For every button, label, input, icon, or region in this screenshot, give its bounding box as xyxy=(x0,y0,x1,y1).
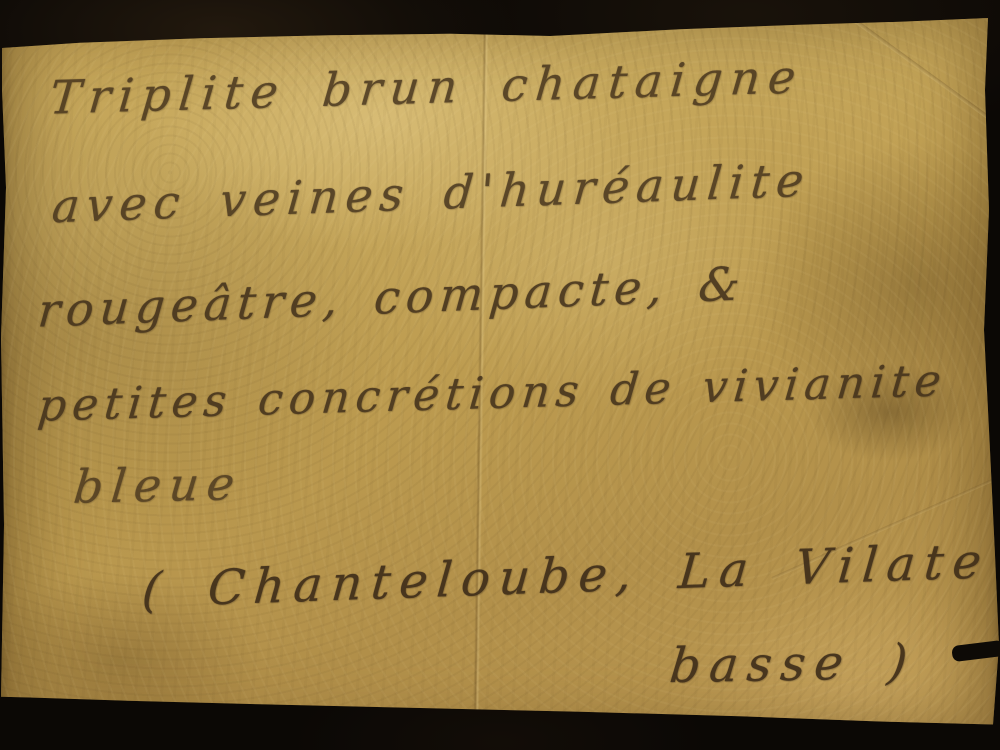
handwritten-line-6: ( Chanteloube, La Vilate xyxy=(140,533,993,619)
photo-background: Triplite brun chataigne avec veines d'hu… xyxy=(0,0,1000,750)
handwritten-line-7: basse ) xyxy=(667,634,919,694)
paper-crease-top-right xyxy=(837,7,1000,187)
handwritten-line-3: rougeâtre, compacte, & xyxy=(36,256,748,337)
handwritten-line-4: petites concrétions de vivianite xyxy=(36,355,949,432)
handwritten-line-5: bleue xyxy=(71,456,245,514)
handwritten-line-2: avec veines d'huréaulite xyxy=(50,153,813,234)
specimen-label-paper: Triplite brun chataigne avec veines d'hu… xyxy=(0,0,1000,750)
handwritten-line-1: Triplite brun chataigne xyxy=(48,49,806,124)
